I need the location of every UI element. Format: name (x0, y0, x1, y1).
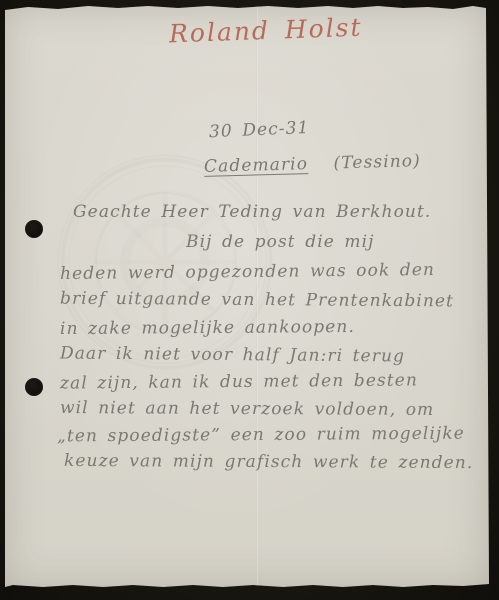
letter-date: 30 Dec-31 (209, 118, 310, 142)
punch-hole-top (25, 220, 43, 238)
letter-photograph: Roland Holst 30 Dec-31 Cademario (Tessin… (0, 0, 499, 600)
body-line: wil niet aan het verzoek voldoen, om (60, 398, 434, 420)
body-line: heden werd opgezonden was ook den (60, 260, 435, 284)
place-region: (Tessino) (333, 151, 421, 173)
body-line: „ten spoedigste” een zoo ruim mogelijke (57, 424, 465, 447)
body-line: zal zijn, kan ik dus met den besten (60, 370, 418, 393)
body-line: brief uitgaande van het Prentenkabinet (60, 289, 454, 312)
body-line: keuze van mijn grafisch werk te zenden. (64, 451, 473, 473)
collection-annotation: Roland Holst (169, 13, 363, 49)
salutation: Geachte Heer Teding van Berkhout. (73, 202, 431, 222)
place-name: Cademario (204, 154, 309, 177)
body-line: Daar ik niet voor half Jan:ri terug (60, 343, 405, 366)
body-line: Bij de post die mij (186, 232, 375, 252)
letter-place: Cademario (Tessino) (204, 151, 421, 177)
letter-paper: Roland Holst 30 Dec-31 Cademario (Tessin… (3, 4, 489, 589)
body-line: in zake mogelijke aankoopen. (60, 317, 355, 339)
punch-hole-bottom (25, 378, 43, 396)
